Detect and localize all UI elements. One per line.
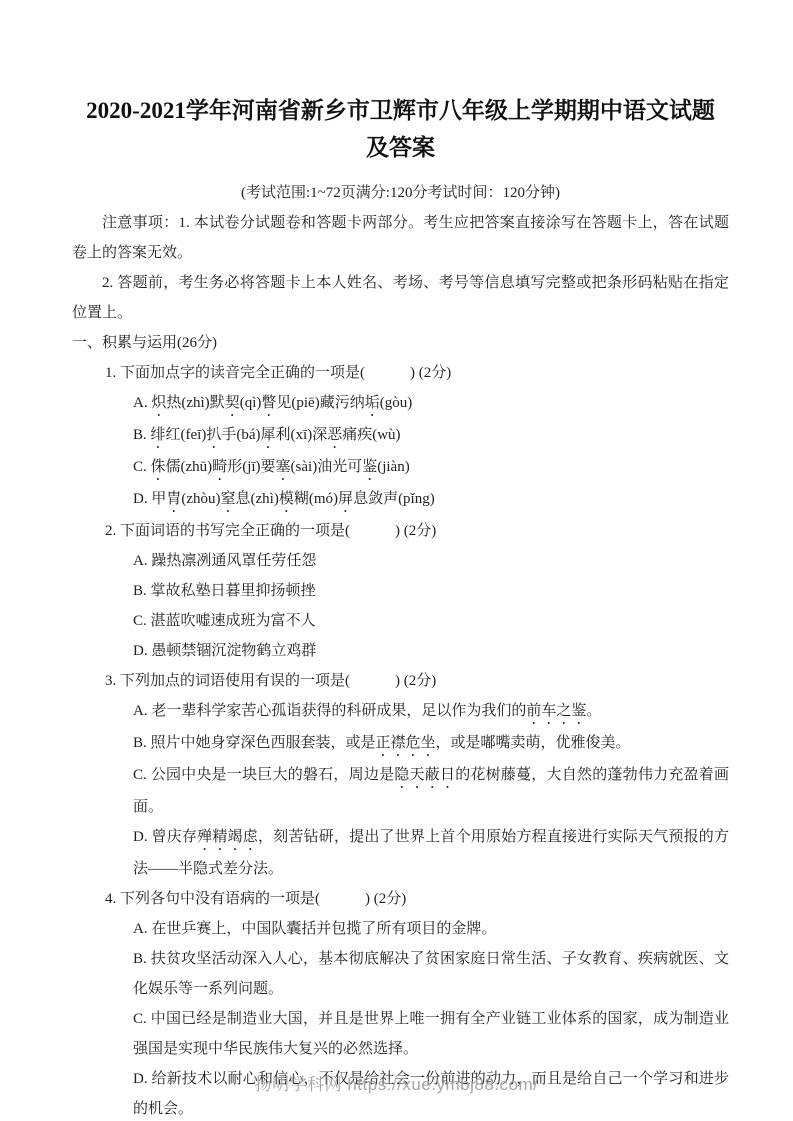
question-4-stem: 4. 下列各句中没有语病的一项是( ) (2分) bbox=[72, 884, 729, 914]
question-1-option-d: D. 甲胄(zhòu)窒息(zhì)模糊(mó)屏息敛声(pǐng) bbox=[72, 484, 729, 516]
site-watermark: 扬明学科网 https://xue.ymbj88.com/ bbox=[0, 1070, 793, 1095]
question-1-option-a: A. 炽热(zhì)默契(qì)瞥见(piē)藏污纳垢(gòu) bbox=[72, 388, 729, 420]
page-title: 2020-2021学年河南省新乡市卫辉市八年级上学期期中语文试题及答案 bbox=[78, 92, 723, 166]
question-2-stem: 2. 下面词语的书写完全正确的一项是( ) (2分) bbox=[72, 516, 729, 546]
question-3-option-d: D. 曾庆存殚精竭虑，刻苦钻研，提出了世界上首个用原始方程直接进行实际天气预报的… bbox=[72, 822, 729, 884]
question-3-option-a: A. 老一辈科学家苦心孤诣获得的科研成果，足以作为我们的前车之鉴。 bbox=[72, 696, 729, 728]
notice-paragraph-2: 2. 答题前，考生务必将答题卡上本人姓名、考场、考号等信息填写完整或把条形码粘贴… bbox=[72, 268, 729, 328]
question-4-option-c: C. 中国已经是制造业大国，并且是世界上唯一拥有全产业链工业体系的国家，成为制造… bbox=[72, 1004, 729, 1064]
question-4-option-a: A. 在世乒赛上，中国队囊括并包揽了所有项目的金牌。 bbox=[72, 914, 729, 944]
section-heading: 一、积累与运用(26分) bbox=[72, 328, 729, 358]
question-3-option-c: C. 公园中央是一块巨大的磐石，周边是隐天蔽日的花树藤蔓，大自然的蓬勃伟力充盈着… bbox=[72, 760, 729, 822]
question-3-option-b: B. 照片中她身穿深色西服套装，或是正襟危坐，或是嘟嘴卖萌，优雅俊美。 bbox=[72, 728, 729, 760]
question-1-option-c: C. 侏儒(zhū)畸形(jī)要塞(sài)油光可鉴(jiàn) bbox=[72, 452, 729, 484]
question-2-option-d: D. 愚顿禁锢沉淀物鹤立鸡群 bbox=[72, 636, 729, 666]
exam-info: (考试范围:1~72页满分:120分考试时间：120分钟) bbox=[72, 178, 729, 208]
question-2-option-c: C. 湛蓝吹嘘速成班为富不人 bbox=[72, 606, 729, 636]
exam-document-page: 2020-2021学年河南省新乡市卫辉市八年级上学期期中语文试题及答案 (考试范… bbox=[0, 0, 793, 1121]
question-2-option-b: B. 掌故私塾日暮里抑扬顿挫 bbox=[72, 576, 729, 606]
question-4-option-b: B. 扶贫攻坚活动深入人心，基本彻底解决了贫困家庭日常生活、子女教育、疾病就医、… bbox=[72, 944, 729, 1004]
question-1-option-b: B. 绯红(feī)扒手(bá)犀利(xī)深恶痛疾(wù) bbox=[72, 420, 729, 452]
notice-paragraph-1: 注意事项：1. 本试卷分试题卷和答题卡两部分。考生应把答案直接涂写在答题卡上，答… bbox=[72, 208, 729, 268]
question-3-stem: 3. 下列加点的词语使用有误的一项是( ) (2分) bbox=[72, 666, 729, 696]
question-1-stem: 1. 下面加点字的读音完全正确的一项是( ) (2分) bbox=[72, 358, 729, 388]
question-2-option-a: A. 躁热凛冽通风罩任劳任怨 bbox=[72, 546, 729, 576]
